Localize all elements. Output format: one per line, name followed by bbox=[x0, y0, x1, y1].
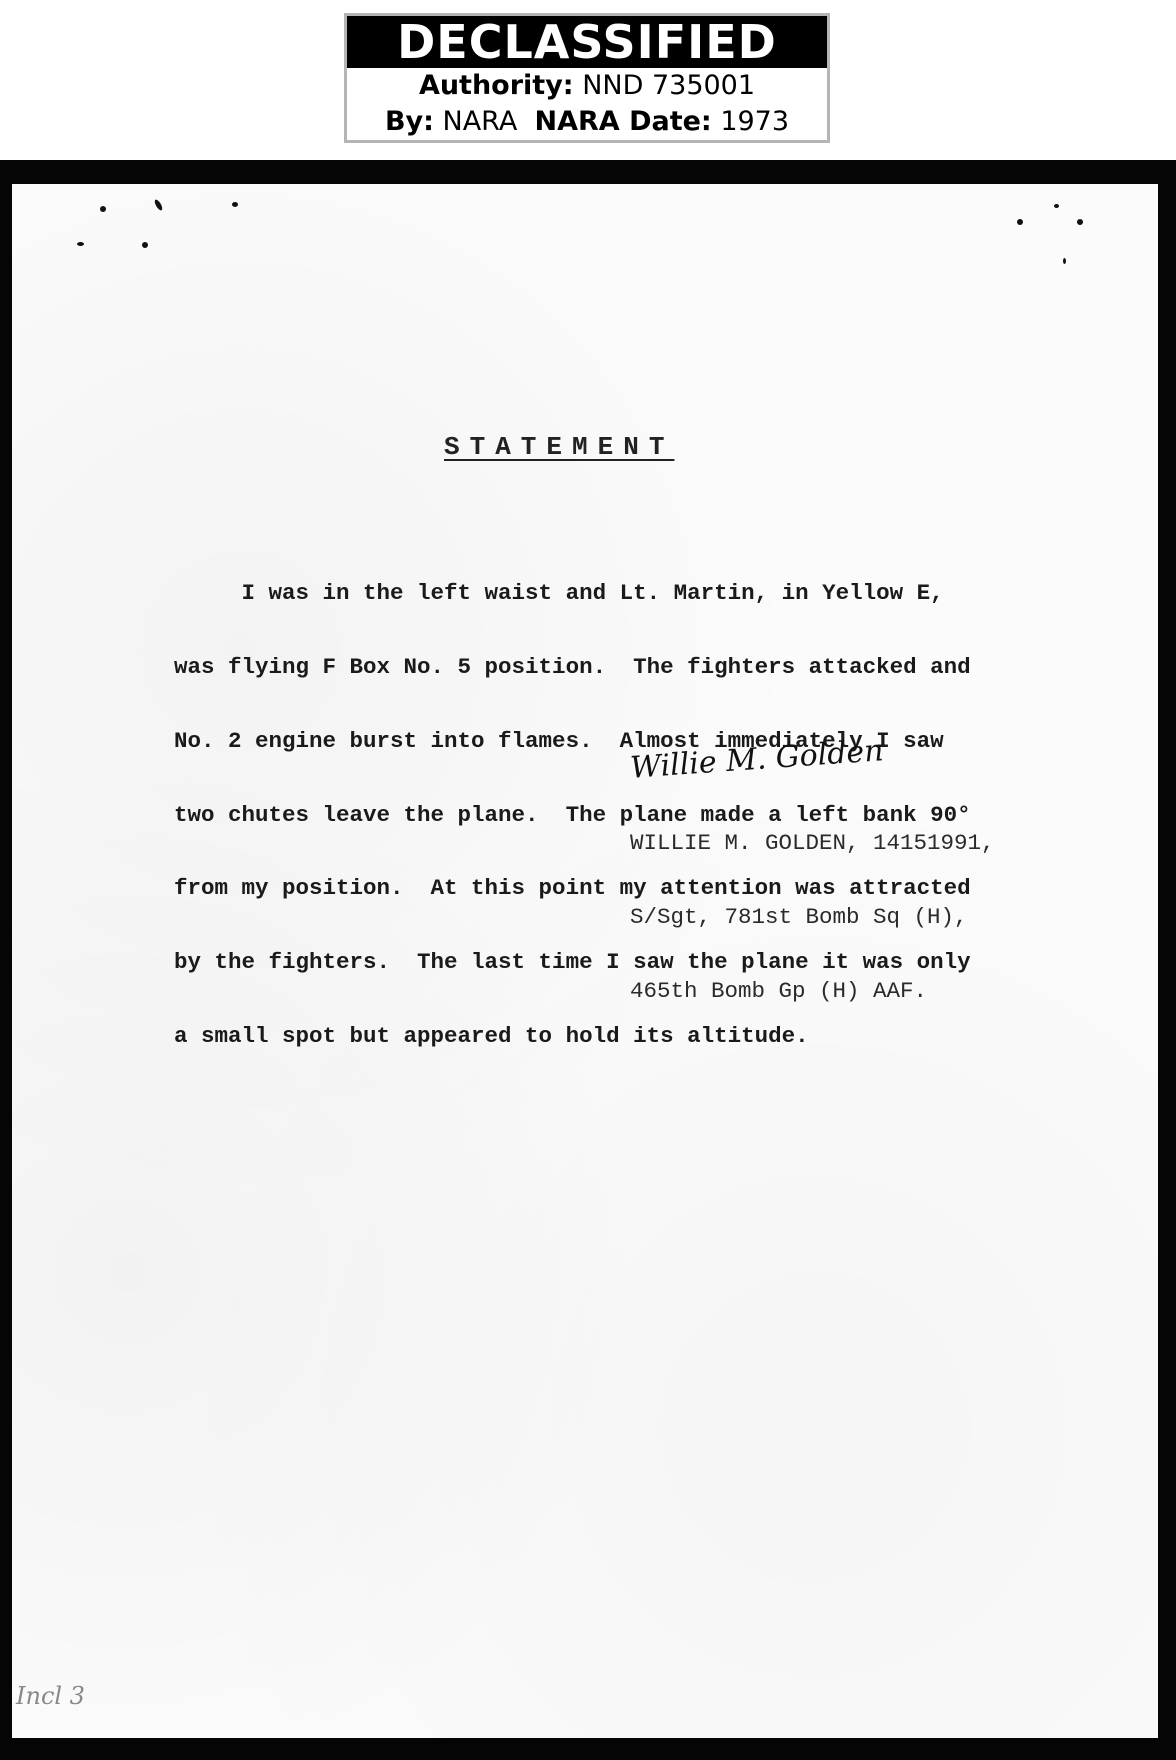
speck bbox=[1017, 219, 1023, 225]
speck bbox=[1054, 204, 1059, 208]
signature-block: WILLIE M. GOLDEN, 14151991, S/Sgt, 781st… bbox=[630, 782, 995, 1028]
stamp-authority: Authority: NND 735001 bbox=[347, 68, 827, 104]
date-label: NARA Date: bbox=[535, 106, 712, 137]
date-value: 1973 bbox=[720, 106, 789, 137]
authority-value: NND 735001 bbox=[582, 70, 755, 101]
speck bbox=[100, 206, 106, 212]
margin-note: Incl 3 bbox=[16, 1682, 85, 1710]
speck bbox=[153, 199, 163, 212]
document-title: STATEMENT bbox=[444, 432, 674, 462]
speck bbox=[77, 242, 84, 246]
by-label: By: bbox=[385, 106, 434, 137]
body-line: I was in the left waist and Lt. Martin, … bbox=[174, 581, 1024, 606]
signature-line: S/Sgt, 781st Bomb Sq (H), bbox=[630, 905, 995, 930]
authority-label: Authority: bbox=[419, 70, 574, 101]
speck bbox=[232, 202, 238, 207]
stamp-title: DECLASSIFIED bbox=[347, 16, 827, 68]
signature-line: WILLIE M. GOLDEN, 14151991, bbox=[630, 831, 995, 856]
speck bbox=[1077, 219, 1083, 225]
body-line: No. 2 engine burst into flames. Almost i… bbox=[174, 729, 1024, 754]
speck bbox=[142, 242, 148, 248]
declassified-stamp: DECLASSIFIED Authority: NND 735001 By: N… bbox=[344, 13, 830, 143]
speck bbox=[1063, 258, 1066, 264]
body-line: was flying F Box No. 5 position. The fig… bbox=[174, 655, 1024, 680]
signature-line: 465th Bomb Gp (H) AAF. bbox=[630, 979, 995, 1004]
by-value: NARA bbox=[443, 106, 518, 137]
stamp-by-date: By: NARA NARA Date: 1973 bbox=[347, 104, 827, 140]
